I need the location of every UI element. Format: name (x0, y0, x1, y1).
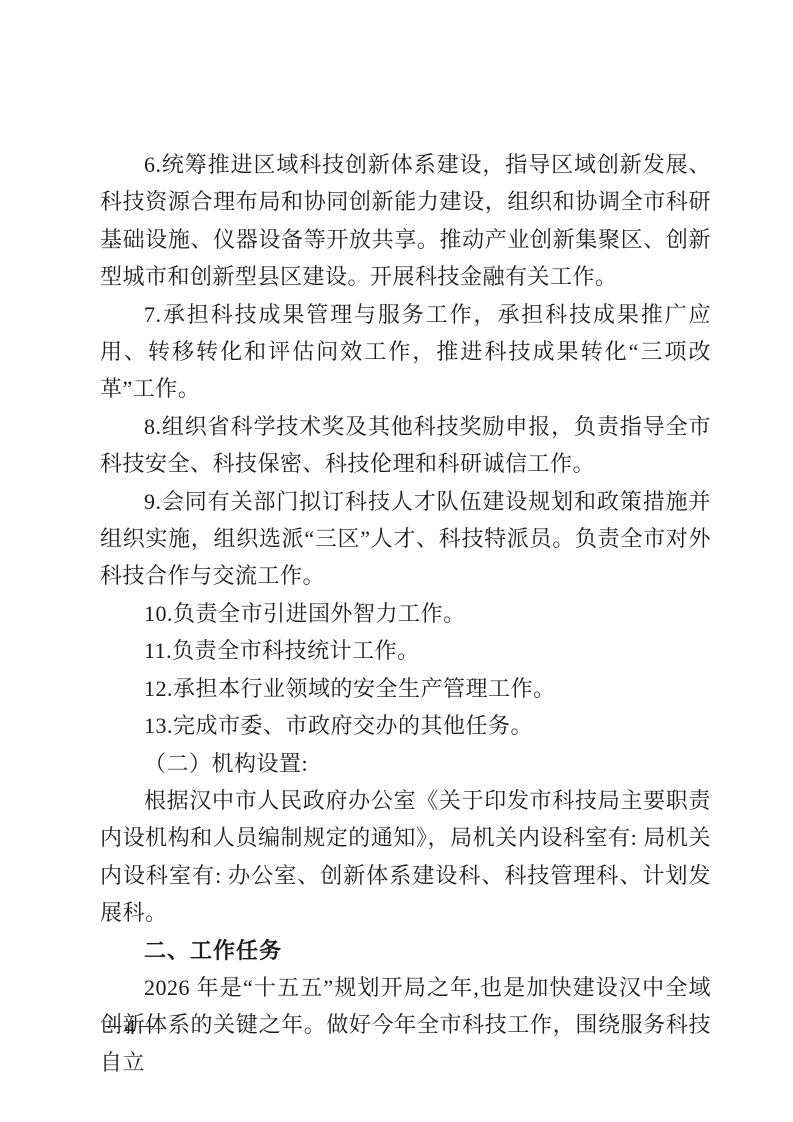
paragraph-item-8: 8.组织省科学技术奖及其他科技奖励申报，负责指导全市科技安全、科技保密、科技伦理… (100, 408, 711, 483)
paragraph-item-12: 12.承担本行业领域的安全生产管理工作。 (100, 670, 711, 707)
paragraph-item-6: 6.统筹推进区域科技创新体系建设，指导区域创新发展、科技资源合理布局和协同创新能… (100, 146, 711, 296)
paragraph-item-10: 10.负责全市引进国外智力工作。 (100, 595, 711, 632)
page-number: －4－ (103, 1011, 159, 1041)
paragraph-item-11: 11.负责全市科技统计工作。 (100, 632, 711, 669)
section-heading-work-tasks: 二、工作任务 (100, 932, 711, 969)
document-body: 6.统筹推进区域科技创新体系建设，指导区域创新发展、科技资源合理布局和协同创新能… (100, 146, 711, 1081)
paragraph-item-9: 9.会同有关部门拟订科技人才队伍建设规划和政策措施并组织实施，组织选派“三区”人… (100, 483, 711, 595)
paragraph-item-7: 7.承担科技成果管理与服务工作，承担科技成果推广应用、转移转化和评估问效工作，推… (100, 296, 711, 408)
subsection-heading-org-setup: （二）机构设置: (100, 745, 711, 782)
paragraph-org-detail: 根据汉中市人民政府办公室《关于印发市科技局主要职责内设机构和人员编制规定的通知》… (100, 782, 711, 932)
paragraph-work-tasks-intro: 2026 年是“十五五”规划开局之年,也是加快建设汉中全域创新体系的关键之年。做… (100, 969, 711, 1081)
document-page: 6.统筹推进区域科技创新体系建设，指导区域创新发展、科技资源合理布局和协同创新能… (0, 0, 793, 1122)
paragraph-item-13: 13.完成市委、市政府交办的其他任务。 (100, 707, 711, 744)
